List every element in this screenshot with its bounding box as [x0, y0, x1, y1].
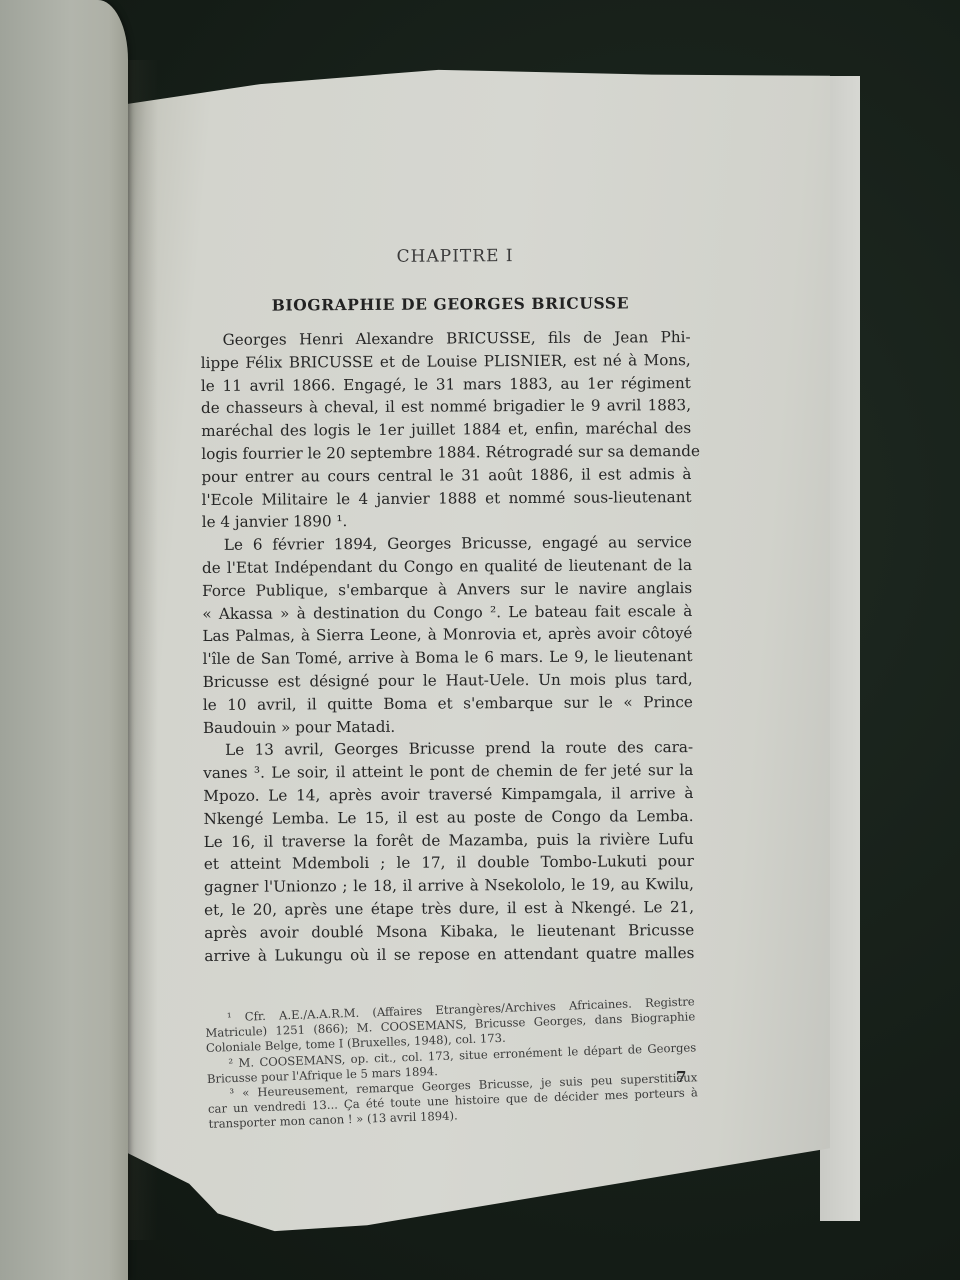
text-line: gagner l'Unionzo ; le 18, il arrive à Ns… — [204, 873, 694, 899]
text-line: le 11 avril 1866. Engagé, le 31 mars 188… — [201, 372, 691, 398]
text-line: de chasseurs à cheval, il est nommé brig… — [201, 394, 691, 420]
text-line: Las Palmas, à Sierra Leone, à Monrovia e… — [202, 622, 692, 648]
text-line: de l'Etat Indépendant du Congo en qualit… — [202, 554, 692, 580]
text-line: Le 6 février 1894, Georges Bricusse, eng… — [202, 531, 692, 557]
text-line: « Akassa » à destination du Congo ². Le … — [202, 600, 692, 626]
facing-page — [0, 0, 128, 1280]
paragraph-1: Georges Henri Alexandre BRICUSSE, fils d… — [201, 326, 692, 534]
photo-scene: CHAPITRE I BIOGRAPHIE DE GEORGES BRICUSS… — [0, 0, 960, 1280]
text-line: Baudouin » pour Matadi. — [203, 714, 693, 740]
text-line: arrive à Lukungu où il se repose en atte… — [204, 942, 694, 968]
text-line: maréchal des logis le 1er juillet 1884 e… — [201, 417, 691, 443]
chapter-title: BIOGRAPHIE DE GEORGES BRICUSSE — [200, 293, 690, 315]
text-line: l'île de San Tomé, arrive à Boma le 6 ma… — [202, 645, 692, 671]
text-line: et atteint Mdemboli ; le 17, il double T… — [204, 850, 694, 876]
text-line: Nkengé Lemba. Le 15, il est au poste de … — [203, 805, 693, 831]
footnotes: ¹ Cfr. A.E./A.A.R.M. (Affaires Etrangère… — [205, 995, 699, 1133]
text-line: après avoir doublé Msona Kibaka, le lieu… — [204, 919, 694, 945]
text-line: pour entrer au cours central le 31 août … — [201, 463, 691, 489]
page-number: 7 — [676, 1068, 686, 1086]
text-line: et, le 20, après une étape très dure, il… — [204, 896, 694, 922]
text-line: l'Ecole Militaire le 4 janvier 1888 et n… — [202, 486, 692, 512]
text-line: Bricusse est désigné pour le Haut-Uele. … — [203, 668, 693, 694]
chapter-heading: CHAPITRE I — [200, 245, 690, 268]
text-line: lippe Félix BRICUSSE et de Louise PLISNI… — [201, 349, 691, 375]
text-line: logis fourrier le 20 septembre 1884. Rét… — [201, 440, 691, 466]
paragraph-3: Le 13 avril, Georges Bricusse prend la r… — [203, 736, 694, 967]
text-line: le 10 avril, il quitte Boma et s'embarqu… — [203, 691, 693, 717]
text-line: vanes ³. Le soir, il atteint le pont de … — [203, 759, 693, 785]
page-text: CHAPITRE I BIOGRAPHIE DE GEORGES BRICUSS… — [200, 237, 695, 1133]
text-line: le 4 janvier 1890 ¹. — [202, 508, 692, 534]
text-line: Force Publique, s'embarque à Anvers sur … — [202, 577, 692, 603]
text-line: Georges Henri Alexandre BRICUSSE, fils d… — [201, 326, 691, 352]
text-line: Mpozo. Le 14, après avoir traversé Kimpa… — [203, 782, 693, 808]
paragraph-2: Le 6 février 1894, Georges Bricusse, eng… — [202, 531, 693, 739]
text-line: Le 13 avril, Georges Bricusse prend la r… — [203, 736, 693, 762]
text-line: Le 16, il traverse la forêt de Mazamba, … — [204, 828, 694, 854]
